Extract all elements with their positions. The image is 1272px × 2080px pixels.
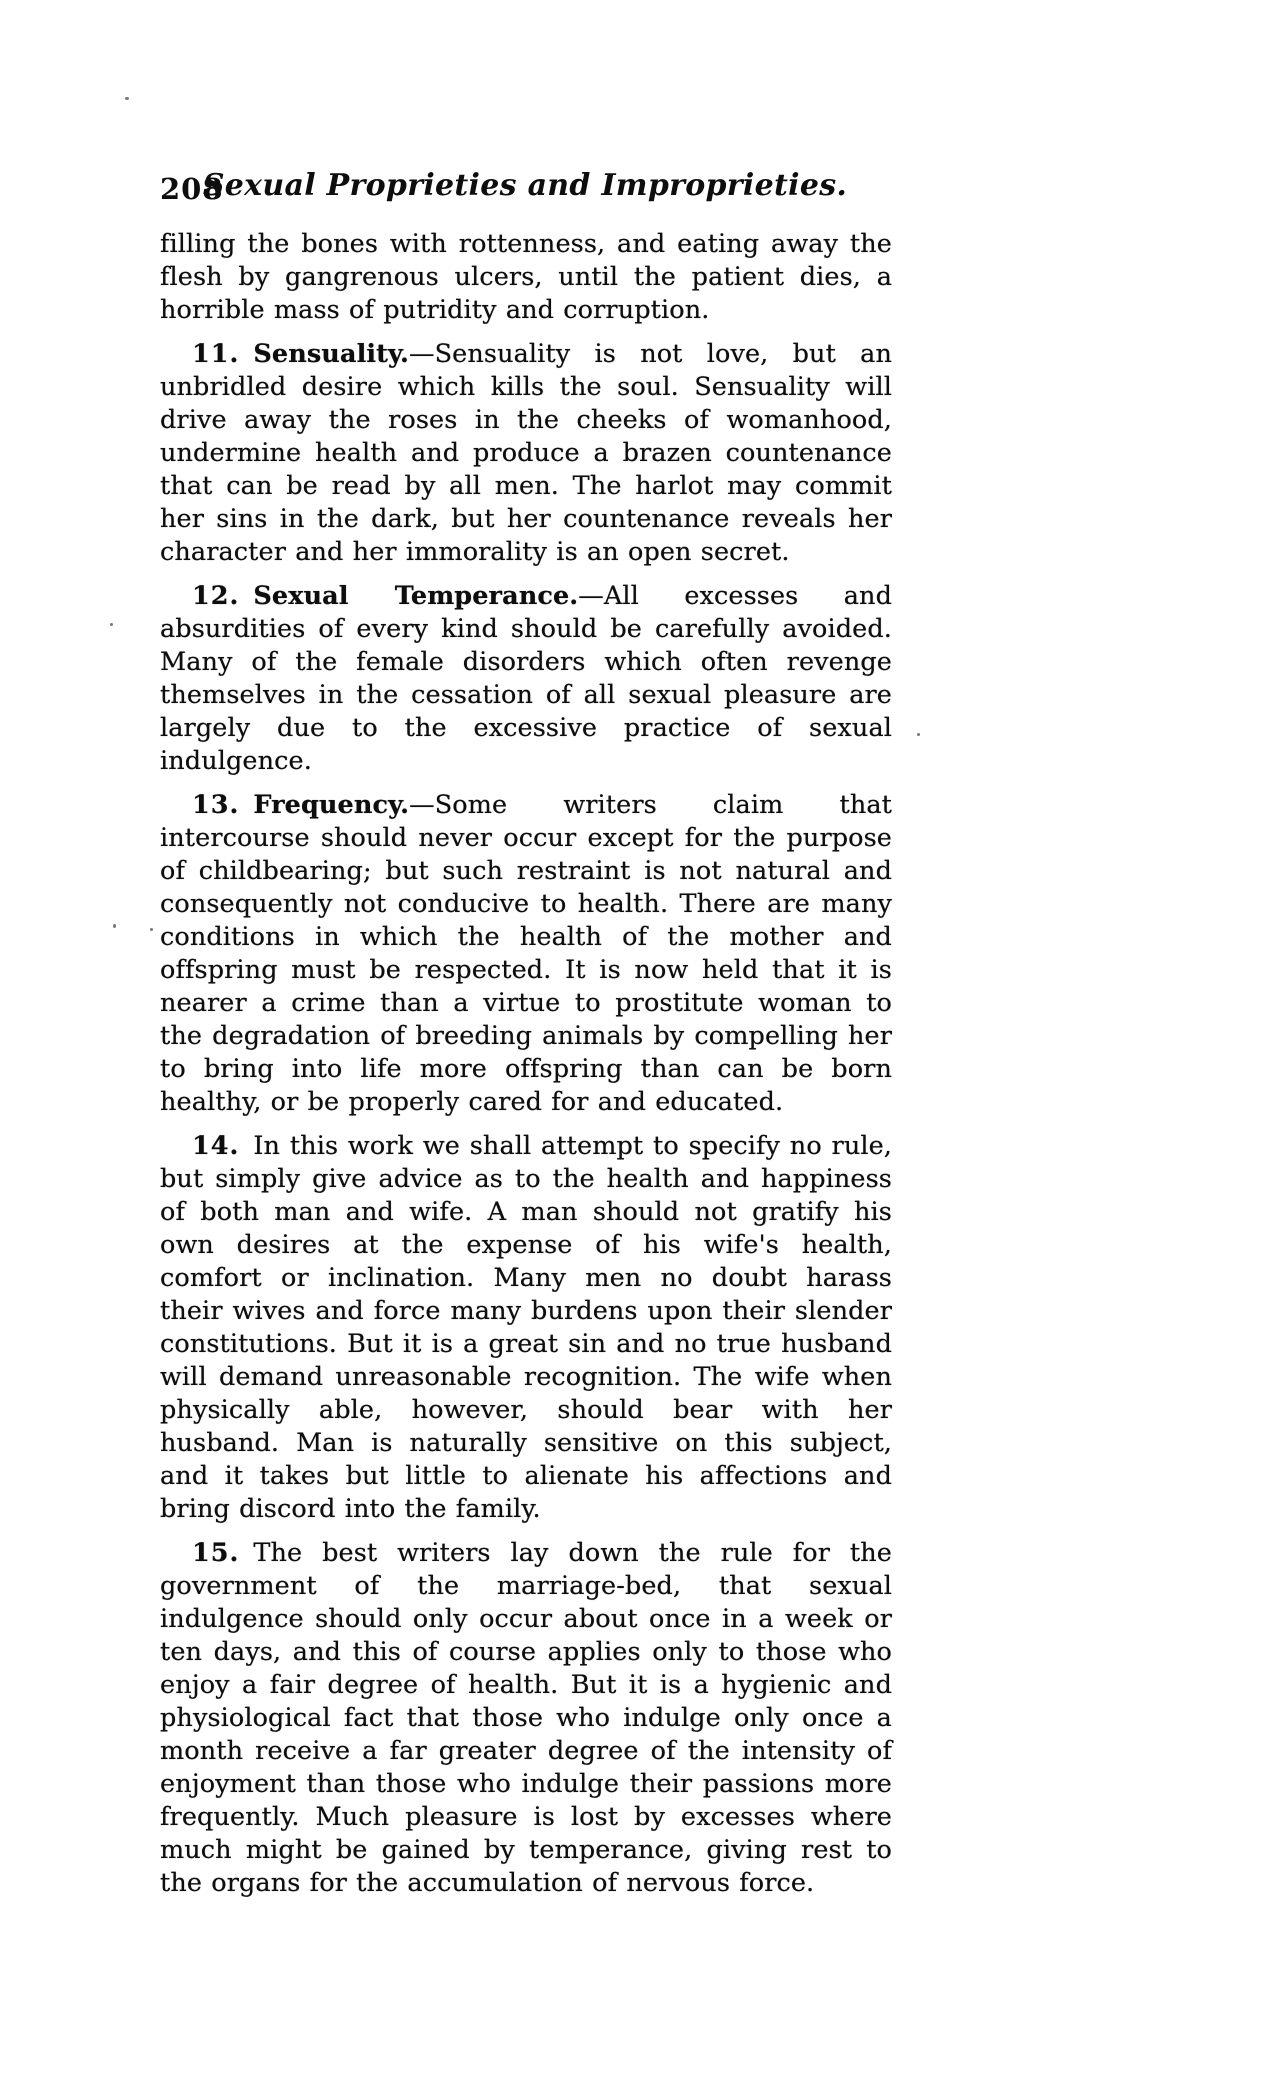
running-title: Sexual Proprieties and Improprieties.: [160, 168, 890, 203]
paragraph-heading: Frequency.: [253, 790, 409, 820]
book-page-scan: 208 Sexual Proprieties and Improprieties…: [0, 0, 1272, 2080]
paragraph-11-sensuality: 11.Sensuality.—Sensuality is not love, b…: [160, 338, 892, 569]
paragraph-12-sexual-temperance: 12.Sexual Temperance.—All excesses and a…: [160, 580, 892, 778]
paragraph-number: 13.: [192, 790, 253, 820]
paragraph-number: 11.: [192, 339, 253, 369]
scan-speck: [150, 928, 153, 931]
scan-speck: [125, 97, 129, 100]
paragraph-text: filling the bones with rottenness, and e…: [160, 229, 892, 325]
paragraph-text: —Some writers claim that intercourse sho…: [160, 790, 892, 1117]
paragraph-text: —Sensuality is not love, but an unbridle…: [160, 339, 892, 567]
paragraph-14: 14.In this work we shall attempt to spec…: [160, 1130, 892, 1526]
paragraph-13-frequency: 13.Frequency.—Some writers claim that in…: [160, 789, 892, 1119]
paragraph-number: 14.: [192, 1131, 253, 1161]
paragraph-continuation: filling the bones with rottenness, and e…: [160, 228, 892, 327]
scan-speck: [113, 924, 116, 928]
paragraph-15: 15.The best writers lay down the rule fo…: [160, 1537, 892, 1900]
paragraph-heading: Sexual Temperance.: [253, 581, 578, 611]
paragraph-text: The best writers lay down the rule for t…: [160, 1538, 892, 1898]
page-number: 208: [160, 172, 224, 206]
paragraph-number: 12.: [192, 581, 253, 611]
scan-speck: [917, 733, 920, 736]
paragraph-text: In this work we shall attempt to specify…: [160, 1131, 892, 1524]
paragraph-number: 15.: [192, 1538, 253, 1568]
scan-speck: [110, 623, 113, 626]
paragraph-heading: Sensuality.: [253, 339, 409, 369]
page-text-block: filling the bones with rottenness, and e…: [160, 228, 892, 1911]
page-header: 208 Sexual Proprieties and Improprieties…: [160, 168, 890, 212]
